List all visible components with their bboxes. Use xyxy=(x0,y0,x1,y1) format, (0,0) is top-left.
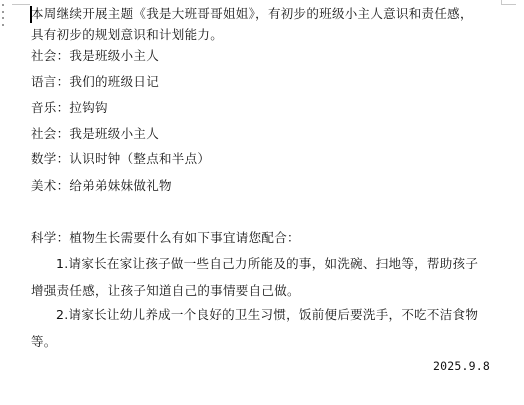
intro-line-1: 本周继续开展主题《我是大班哥哥姐姐》，有初步的班级小主人意识和责任感， xyxy=(31,4,473,24)
parent-request-1: 1.请家长在家让孩子做一些自己力所能及的事，如洗碗、扫地等，帮助孩子 xyxy=(56,254,478,274)
page-corner-mark-left xyxy=(12,0,30,5)
parent-request-1-continued: 增强责任感，让孩子知道自己的事情要自己做。 xyxy=(31,281,300,301)
activity-language: 语言：我们的班级日记 xyxy=(31,72,159,92)
parent-request-2-continued: 等。 xyxy=(31,332,57,352)
page-corner-mark-right xyxy=(501,0,516,5)
activity-math: 数学：认识时钟（整点和半点） xyxy=(31,149,210,169)
intro-line-2: 具有初步的规划意识和计划能力。 xyxy=(31,25,223,45)
activity-science: 科学：植物生长需要什么有如下事宜请您配合： xyxy=(31,228,300,248)
parent-request-2: 2.请家长让幼儿养成一个良好的卫生习惯，饭前便后要洗手，不吃不洁食物 xyxy=(56,305,478,325)
activity-social-2: 社会：我是班级小主人 xyxy=(31,124,159,144)
drag-handle-icon[interactable] xyxy=(2,4,5,26)
activity-music: 音乐：拉钩钩 xyxy=(31,98,108,118)
activity-art: 美术：给弟弟妹妹做礼物 xyxy=(31,176,172,196)
activity-social-1: 社会：我是班级小主人 xyxy=(31,46,159,66)
document-date: 2025.9.8 xyxy=(433,356,490,376)
